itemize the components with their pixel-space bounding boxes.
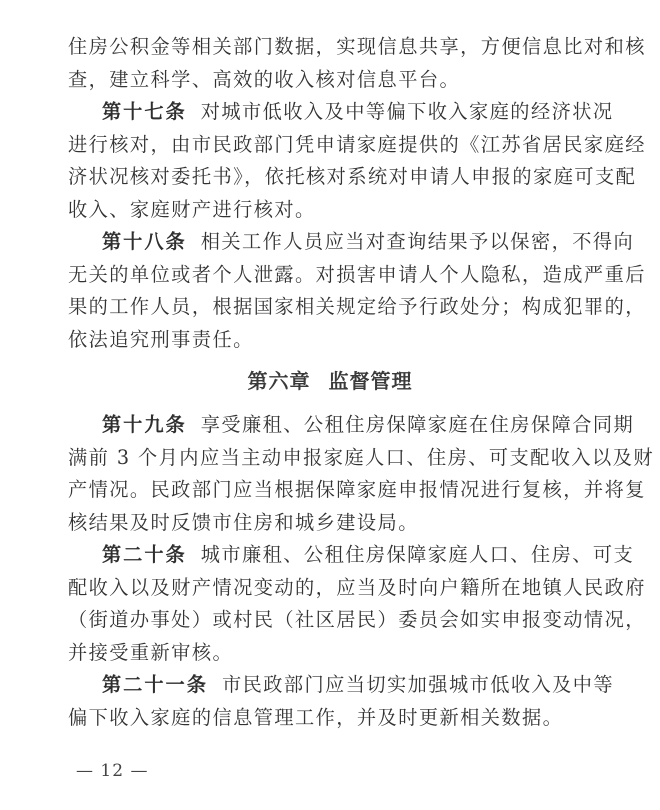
paragraph-line: 核结果及时反馈市住房和城乡建设局。 [68, 507, 568, 539]
paragraph-line: 查，建立科学、高效的收入核对信息平台。 [68, 64, 568, 96]
article-text: 对城市低收入及中等偏下收入家庭的经济状况 [201, 100, 614, 123]
article-17-first-line: 第十七条对城市低收入及中等偏下收入家庭的经济状况 [102, 96, 602, 128]
article-text: 享受廉租、公租住房保障家庭在住房保障合同期 [201, 413, 634, 436]
page-number: — 12 — [76, 757, 148, 785]
article-21-first-line: 第二十一条市民政部门应当切实加强城市低收入及中等 [102, 669, 602, 701]
paragraph-line: 依法追究刑事责任。 [68, 324, 568, 356]
paragraph-line: 并接受重新审核。 [68, 637, 568, 669]
paragraph-line: 进行核对，由市民政部门凭申请家庭提供的《江苏省居民家庭经 [68, 129, 568, 161]
paragraph-line: 满前 3 个月内应当主动申报家庭人口、住房、可支配收入以及财 [68, 442, 568, 474]
chapter-title: 监督管理 [329, 369, 413, 393]
paragraph-line: 住房公积金等相关部门数据，实现信息共享，方便信息比对和核 [68, 31, 568, 63]
article-19-first-line: 第十九条享受廉租、公租住房保障家庭在住房保障合同期 [102, 409, 602, 441]
article-number: 第十九条 [102, 413, 187, 436]
article-20-first-line: 第二十条城市廉租、公租住房保障家庭人口、住房、可支 [102, 539, 602, 571]
chapter-heading: 第六章监督管理 [0, 364, 660, 398]
paragraph-line: 果的工作人员，根据国家相关规定给予行政处分；构成犯罪的， [68, 291, 568, 323]
paragraph-line: （街道办事处）或村民（社区居民）委员会如实申报变动情况， [68, 604, 568, 636]
paragraph-line: 产情况。民政部门应当根据保障家庭申报情况进行复核，并将复 [68, 474, 568, 506]
article-text: 相关工作人员应当对查询结果予以保密，不得向 [201, 230, 634, 253]
article-text: 城市廉租、公租住房保障家庭人口、住房、可支 [201, 543, 634, 566]
chapter-number: 第六章 [248, 369, 311, 393]
paragraph-line: 收入、家庭财产进行核对。 [68, 194, 568, 226]
article-number: 第十七条 [102, 100, 187, 123]
article-number: 第二十条 [102, 543, 187, 566]
article-text: 市民政部门应当切实加强城市低收入及中等 [222, 673, 614, 696]
paragraph-line: 无关的单位或者个人泄露。对损害申请人个人隐私，造成严重后 [68, 259, 568, 291]
document-page: 住房公积金等相关部门数据，实现信息共享，方便信息比对和核 查，建立科学、高效的收… [0, 0, 660, 810]
article-number: 第二十一条 [102, 673, 208, 696]
paragraph-line: 偏下收入家庭的信息管理工作，并及时更新相关数据。 [68, 702, 568, 734]
paragraph-line: 配收入以及财产情况变动的，应当及时向户籍所在地镇人民政府 [68, 572, 568, 604]
article-18-first-line: 第十八条相关工作人员应当对查询结果予以保密，不得向 [102, 226, 602, 258]
article-number: 第十八条 [102, 230, 187, 253]
paragraph-line: 济状况核对委托书》，依托核对系统对申请人申报的家庭可支配 [68, 161, 568, 193]
